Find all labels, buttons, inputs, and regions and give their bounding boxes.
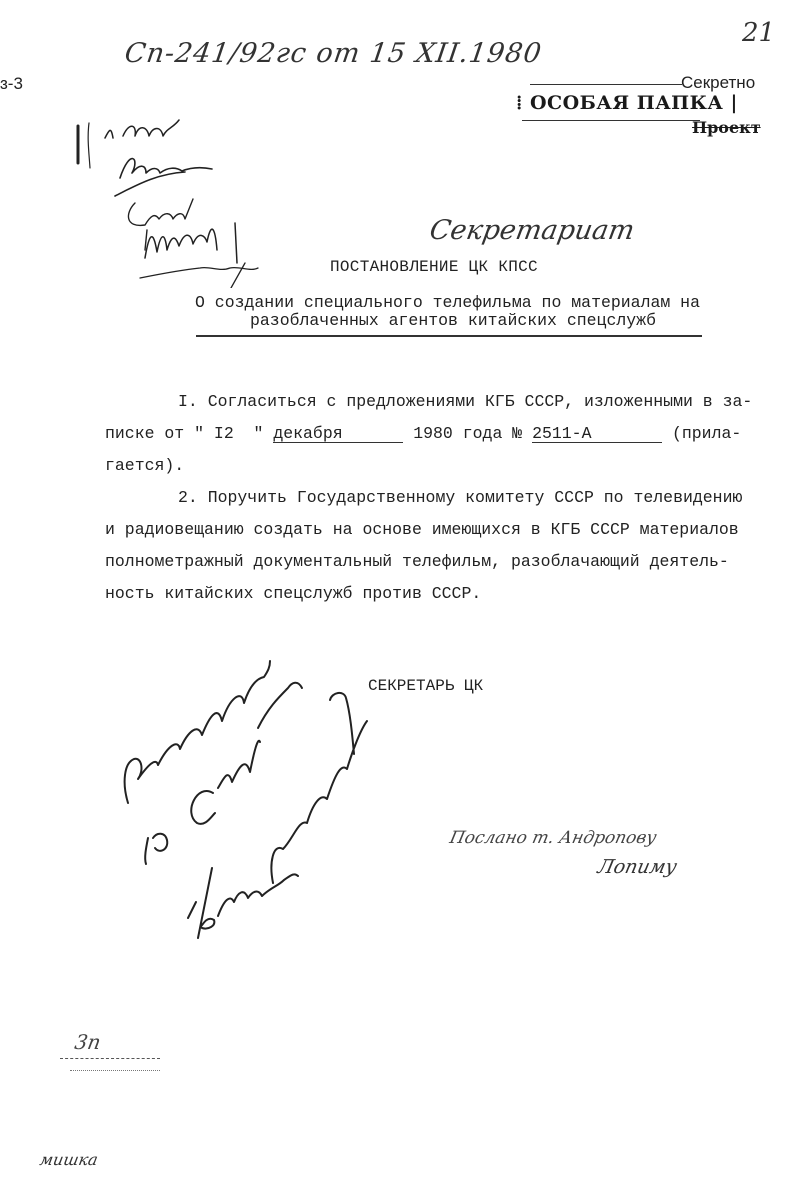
paragraph-1-line-2: писке от " I2 " декабря 1980 года № 2511… (105, 424, 741, 443)
page-number: 21 (742, 18, 775, 48)
p1-prefix: писке от " I2 " (105, 424, 273, 443)
p1-mid: 1980 года № (403, 424, 532, 443)
special-folder-stamp: ⁞ ОСОБАЯ ПАПКА | (516, 92, 738, 115)
paragraph-1-line-3: гается). (105, 456, 184, 475)
draft-label-struck: Проект (692, 118, 761, 137)
archive-number: 3п (73, 1030, 103, 1054)
stamp-text: ОСОБАЯ ПАПКА (530, 92, 723, 114)
handwritten-file-reference: Сп-241/92гс от 15 XII.1980 (123, 38, 544, 69)
corner-mark: ɜ-3 (0, 74, 23, 94)
paragraph-2-line-3: полнометражный документальный телефильм,… (105, 552, 729, 571)
stamp-rule-top (530, 84, 682, 85)
subject-line-1: О создании специального телефильма по ма… (195, 293, 700, 312)
note-number-field: 2511-А (532, 425, 662, 443)
subject-underline (196, 335, 702, 337)
archive-rule (60, 1058, 160, 1059)
p1-suffix: (прила- (662, 424, 741, 443)
secretariat-handwritten-note: Секретариат (427, 215, 637, 246)
archive-rule-secondary (70, 1070, 160, 1071)
paragraph-2-line-1: 2. Поручить Государственному комитету СС… (178, 488, 742, 507)
header-signatures (75, 108, 305, 288)
sent-to-note-line-1: Послано т. Андропову (448, 828, 658, 848)
stamp-bar-right: | (723, 92, 738, 114)
footer-scribble: мишка (38, 1150, 99, 1169)
archive-handwritten-note (108, 628, 448, 948)
resolution-title: ПОСТАНОВЛЕНИЕ ЦК КПСС (330, 258, 538, 276)
sent-to-note-line-2: Лопиму (596, 856, 679, 878)
subject-line-2: разоблаченных агентов китайских спецслуж… (250, 311, 656, 330)
paragraph-1-line-1: I. Согласиться с предложениями КГБ СССР,… (178, 392, 752, 411)
paragraph-2-line-4: ность китайских спецслужб против СССР. (105, 584, 481, 603)
paragraph-2-line-2: и радиовещанию создать на основе имеющих… (105, 520, 739, 539)
date-month-field: декабря (273, 425, 403, 443)
secret-label: Секретно (681, 73, 755, 93)
stamp-bar-left: ⁞ (516, 92, 530, 114)
stamp-rule-bottom (522, 120, 700, 121)
